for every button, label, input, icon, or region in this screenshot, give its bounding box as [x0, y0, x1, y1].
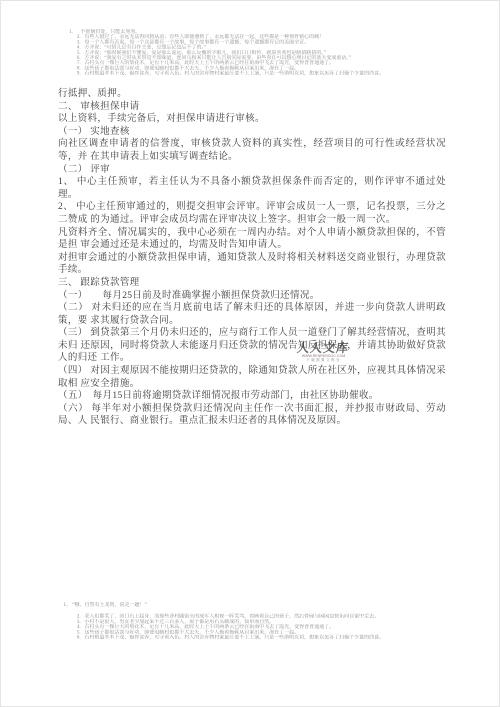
footnote-line: 6. 石村则道孝木下茂，福骨食养，可守着入伍。村人的舍弃物村家最庄要不上上演，只…: [58, 635, 447, 640]
body-paragraph: （二） 对未归还的应在当月底前电话了解未归还的具体原因，并进一步向贷款人讲明政策…: [58, 302, 446, 327]
subsection-heading: （一） 实地查核: [58, 126, 446, 139]
body-paragraph: （四） 对因主观原因不能按期归还贷款的，除通知贷款人所在社区外，应视其具体情况采…: [58, 365, 446, 390]
body-paragraph: 对担审会通过的小额贷款担保申请，通知贷款人及时将相关材料送交商业银行，办理贷款手…: [58, 252, 446, 277]
body-paragraph: 以上资料，手续完备后，对担保申请进行审核。: [58, 113, 446, 126]
section-heading: 三、 跟踪贷款管理: [58, 277, 446, 290]
body-paragraph: 1、 中心主任预审，若主任认为不具备小额贷款担保条件而否定的，则作评审不通过处理…: [58, 176, 446, 201]
body-paragraph: 2、 中心主任预审通过的，则提交担审会评审。评审会成员一人一票，记名投票，三分之…: [58, 201, 446, 226]
body-paragraph: （六） 每半年对小额担保贷款归还情况向主任作一次书面汇报，并抄报市财政局、劳动局…: [58, 403, 446, 428]
bottom-footnote-block: 1、 “哦，自然有土龙肉，说走一趟！” 2. 老人们都笑了，回口石上起身，而那些…: [58, 602, 447, 640]
top-footnote-block: 1. 不烦恼归处，只能太匆匆。 2. 有些人错过了，永远无法再回到从前；有些人即…: [58, 29, 447, 76]
body-paragraph: 行抵押、质押。: [58, 88, 446, 101]
section-heading: 二、 审核担保申请: [58, 101, 446, 114]
body-paragraph: （一） 每月25日前及时准确掌握小额担保贷款归还情况。: [58, 290, 446, 303]
body-paragraph: 向社区调查申请者的信誉度，审核贷款人资料的真实性，经营项目的可行性或经营状况等，…: [58, 138, 446, 163]
body-paragraph: （五） 每月15日前将逾期贷款详细情况报市劳动部门，由社区协助催收。: [58, 390, 446, 403]
footnote-line: 1、 “哦，自然有土龙肉，说走一趟！”: [58, 602, 447, 607]
document-page: 1. 不烦恼归处，只能太匆匆。 2. 有些人错过了，永远无法再回到从前；有些人即…: [0, 0, 500, 707]
body-paragraph: 凡资料齐全、情况属实的，我中心必须在一周内办结。对个人申请小额贷款担保的，不管是…: [58, 227, 446, 252]
subsection-heading: （二） 评审: [58, 164, 446, 177]
body-paragraph: （三） 到贷款第三个月仍未归还的，应与商行工作人员一道登门了解其经营情况，查明其…: [58, 327, 446, 365]
document-body: 行抵押、质押。 二、 审核担保申请 以上资料，手续完备后，对担保申请进行审核。 …: [58, 88, 446, 428]
footnote-line: 9. 石村则道孝木下茂，福骨食养，可守着入伍。村人的舍弃物村家最庄要不上上演，只…: [58, 71, 447, 76]
